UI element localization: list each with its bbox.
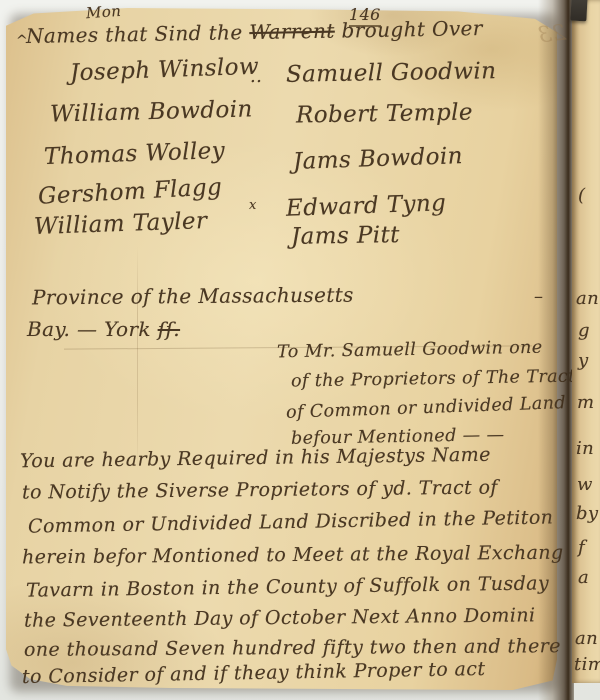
- next-page-fragment: an: [575, 628, 598, 649]
- manuscript-photo: Mon 146 ^ Names that Sind the Warrent br…: [0, 0, 600, 700]
- superscript-note: Mon: [85, 2, 121, 22]
- next-page-fragment: f: [578, 537, 585, 558]
- title-post: brought Over: [335, 16, 483, 43]
- next-page-fragment: w: [577, 474, 593, 495]
- book-gutter: [538, 0, 574, 700]
- next-page-fragment: by: [576, 503, 599, 524]
- next-page-fragment: (: [578, 185, 585, 206]
- binding-tab: [570, 0, 587, 21]
- x-mark: x: [249, 198, 257, 213]
- province-line-2: Bay. — York ſſ.: [27, 317, 180, 341]
- next-page-fragment: a: [578, 567, 589, 588]
- province-ss-abbrev: ſſ.: [158, 317, 180, 341]
- next-page-fragment: tim: [574, 654, 600, 675]
- next-page-fragment: g: [578, 320, 590, 341]
- next-page-fragment: m: [577, 392, 594, 413]
- signature-left-1: William Bowdoin: [50, 96, 253, 127]
- signature-right-1: Robert Temple: [296, 99, 473, 128]
- province-line-1: Province of the Massachusetts: [32, 283, 354, 310]
- body-line-6: one thousand Seven hundred fifty two the…: [24, 635, 561, 661]
- signature-right-4: Jams Pitt: [291, 222, 400, 250]
- ink-bleed-number: 23: [537, 21, 567, 49]
- separator-dots: ..: [250, 66, 262, 87]
- province-line-2-pre: Bay. — York: [27, 317, 158, 341]
- next-page-fragment: in: [576, 438, 594, 459]
- title-struck-word: Warrent: [249, 19, 335, 44]
- body-line-3: herein befor Montioned to Meet at the Ro…: [22, 542, 564, 569]
- title-pre: Names that Sind the: [26, 20, 250, 48]
- next-page-sliver: ( an g y m in w by f a an tim: [572, 0, 600, 683]
- signature-right-0: Samuell Goodwin: [286, 58, 497, 88]
- vertical-crease: [137, 246, 138, 471]
- next-page-fragment: an: [576, 288, 599, 309]
- next-page-fragment: y: [578, 350, 589, 371]
